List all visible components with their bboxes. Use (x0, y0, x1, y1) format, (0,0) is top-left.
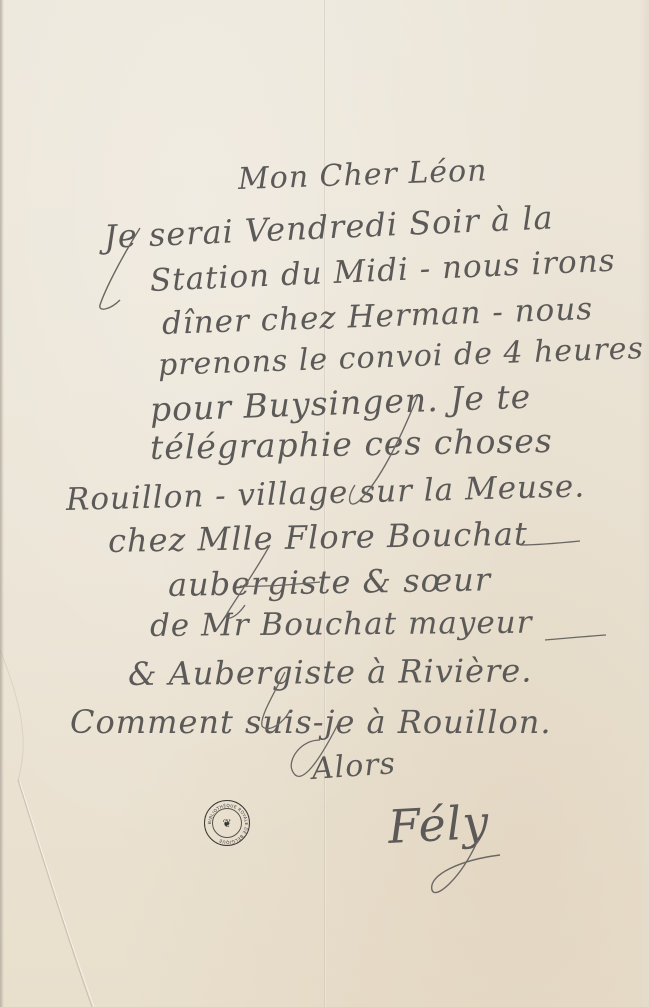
library-stamp-icon: BIBLIOTHÈQUE ROYALE DE BELGIQUE ❦ (204, 800, 250, 846)
handwriting-flourishes (0, 0, 649, 1007)
letter-text: Mon Cher Léon Je serai Vendredi Soir à l… (0, 0, 649, 1007)
letter-sheet: Mon Cher Léon Je serai Vendredi Soir à l… (0, 0, 649, 1007)
stamp-ring-text: BIBLIOTHÈQUE ROYALE DE BELGIQUE (205, 801, 251, 847)
svg-text:BIBLIOTHÈQUE ROYALE DE BELGIQU: BIBLIOTHÈQUE ROYALE DE BELGIQUE (207, 803, 249, 845)
